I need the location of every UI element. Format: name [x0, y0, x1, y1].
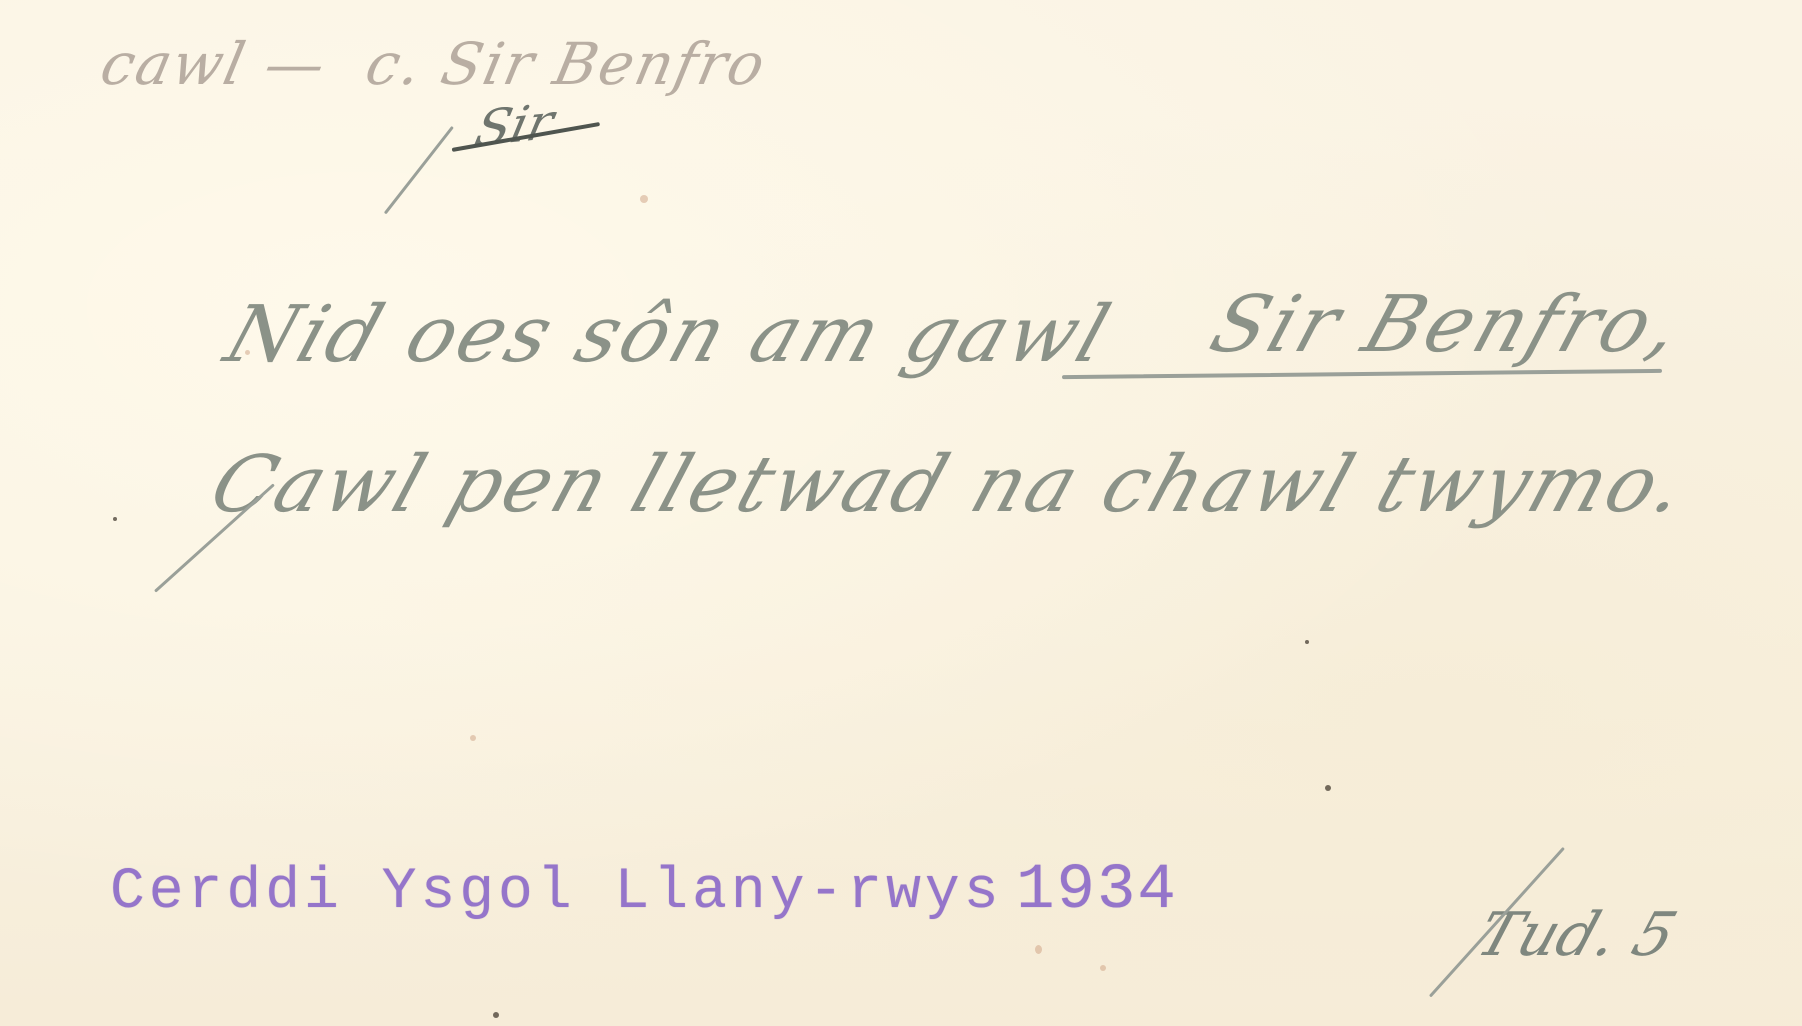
paper-speck: [493, 1012, 499, 1018]
verse-line-2: Cawl pen lletwad na chawl twymo.: [200, 440, 1699, 530]
paper-speck: [470, 735, 476, 741]
pencil-heading-left: cawl —: [95, 30, 333, 98]
correction-flourish: [384, 126, 454, 215]
stamp-text: Cerddi Ysgol Llany-rwys: [110, 860, 1003, 925]
paper-speck: [1100, 965, 1106, 971]
stamp-year: 1934: [1016, 855, 1178, 927]
paper-speck: [1305, 640, 1309, 644]
paper-speck: [1325, 785, 1331, 791]
verse-underline: [1062, 369, 1662, 379]
paper-speck: [640, 195, 648, 203]
paper-speck: [113, 517, 117, 521]
verse-line-1: Nid oes sôn am gawl: [215, 290, 1123, 380]
ink-correction: Sir: [470, 93, 559, 158]
paper-speck: [1035, 945, 1042, 954]
index-card: cawl — c. Sir Benfro Sir Nid oes sôn am …: [0, 0, 1802, 1026]
verse-line-1-underlined: Sir Benfro,: [1200, 280, 1694, 370]
typewritten-stamp: Cerddi Ysgol Llany-rwys 1934: [110, 855, 1178, 927]
pencil-heading-right: c. Sir Benfro: [360, 30, 773, 98]
page-reference: Tud. 5: [1469, 900, 1685, 970]
